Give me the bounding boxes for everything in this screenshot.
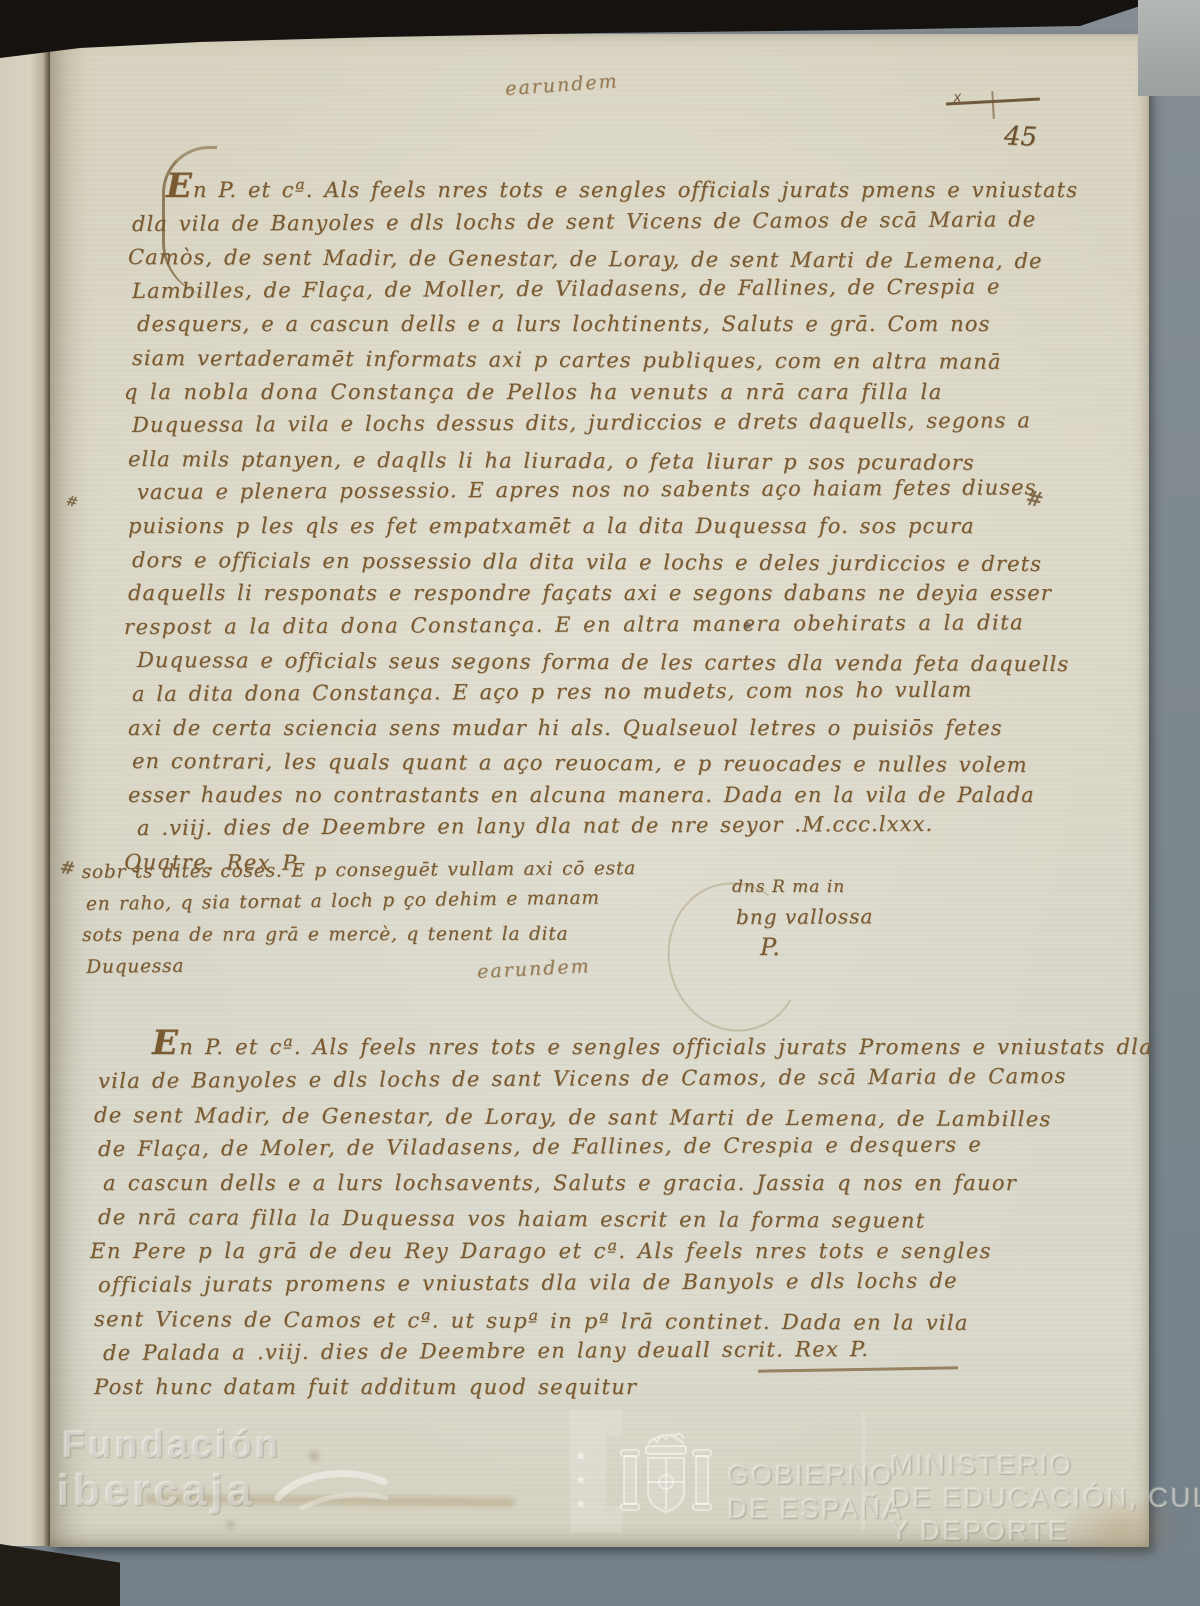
manuscript-line: Lambilles, de Flaça, de Moller, de Vilad… bbox=[132, 270, 1078, 309]
ibercaja-swoosh-icon bbox=[272, 1464, 392, 1516]
ibercaja-watermark-line2: ibercaja bbox=[57, 1466, 255, 1516]
scanner-bed-corner bbox=[1138, 0, 1200, 96]
manuscript-line: a .viij. dies de Deembre en lany dla nat… bbox=[137, 807, 1078, 846]
ministerio-line1: MINISTERIO bbox=[890, 1448, 1200, 1481]
manuscript-line: Duquessa la vila e lochs dessus dits, ju… bbox=[132, 404, 1078, 443]
chancery-signature: dns R ma in bng vallossa P. bbox=[732, 872, 873, 962]
ministerio-line3: Y DEPORTE bbox=[890, 1514, 1200, 1547]
manuscript-line: en contrari, les quals quant a aço reuoc… bbox=[132, 745, 1078, 783]
signature-line-2: bng vallossa bbox=[736, 901, 874, 932]
letter-block-2: En P. et cª. Als feels nres tots e sengl… bbox=[94, 1026, 1153, 1404]
manuscript-line: dors e officials en possessio dla dita v… bbox=[132, 544, 1078, 582]
gobierno-watermark: GOBIERNO DE ESPAÑA bbox=[727, 1458, 903, 1526]
manuscript-line: vila de Banyoles e dls lochs de sant Vic… bbox=[98, 1058, 1153, 1098]
watermark-divider bbox=[862, 1412, 865, 1530]
manuscript-line: axi de certa sciencia sens mudar hi als.… bbox=[128, 712, 1078, 746]
manuscript-line: dla vila de Banyoles e dls lochs de sent… bbox=[132, 203, 1078, 242]
manuscript-line: de Palada a .viij. dies de Deembre en la… bbox=[103, 1331, 1153, 1370]
gobierno-line1: GOBIERNO bbox=[727, 1458, 903, 1492]
manuscript-line: En P. et cª. Als feels nres tots e sengl… bbox=[166, 170, 1078, 208]
signature-paraph: P. bbox=[760, 932, 873, 962]
spain-coat-of-arms-icon bbox=[618, 1422, 714, 1532]
signature-line-1: dns R ma in bbox=[732, 872, 873, 902]
manuscript-line: a la dita dona Constança. E aço p res no… bbox=[132, 673, 1078, 712]
eu-flag-strip: ★★★ bbox=[570, 1410, 606, 1532]
book-cover-edge bbox=[0, 1544, 120, 1606]
manuscript-line: daquells li responats e respondre façats… bbox=[128, 577, 1078, 611]
gobierno-line2: DE ESPAÑA bbox=[727, 1492, 903, 1526]
manuscript-line: respost a la dita dona Constança. E en a… bbox=[124, 606, 1078, 645]
manuscript-line: siam vertaderamēt informats axi p cartes… bbox=[132, 342, 1078, 380]
letter-block-1: En P. et cª. Als feels nres tots e sengl… bbox=[128, 170, 1078, 879]
manuscript-line: de Flaça, de Moler, de Viladasens, de Fa… bbox=[98, 1126, 1153, 1166]
ibercaja-watermark-line1: Fundación bbox=[62, 1424, 281, 1467]
manuscript-line: desquers, e a cascun dells e a lurs loch… bbox=[137, 308, 1078, 342]
ministerio-watermark: MINISTERIO DE EDUCACIÓN, CULTURA Y DEPOR… bbox=[890, 1448, 1200, 1547]
marginal-note-line: en raho, q sia tornat a loch p ço dehim … bbox=[86, 882, 637, 920]
manuscript-line: vacua e plenera possessio. E apres nos n… bbox=[137, 471, 1078, 510]
manuscript-line: puisions p les qls es fet empatxamēt a l… bbox=[128, 510, 1078, 544]
manuscript-line: a cascun dells e a lurs lochsavents, Sal… bbox=[103, 1166, 1153, 1200]
manuscript-line: Post hunc datam fuit additum quod sequit… bbox=[94, 1370, 1153, 1404]
ministerio-line2: DE EDUCACIÓN, CULTURA bbox=[890, 1481, 1200, 1514]
facing-page-edge bbox=[0, 30, 50, 1546]
ink-spot bbox=[310, 1452, 318, 1460]
strike-x: x bbox=[953, 89, 961, 106]
manuscript-line: de nrā cara filla la Duquessa vos haiam … bbox=[98, 1200, 1153, 1239]
manuscript-scan: earundem x 45 En P. et cª. Als feels nre… bbox=[0, 0, 1200, 1606]
flag-stars: ★★★ bbox=[575, 1444, 587, 1516]
folio-number: 45 bbox=[1003, 121, 1037, 152]
manuscript-line: officials jurats promens e vniustats dla… bbox=[98, 1262, 1153, 1302]
ink-spot bbox=[228, 1522, 233, 1527]
